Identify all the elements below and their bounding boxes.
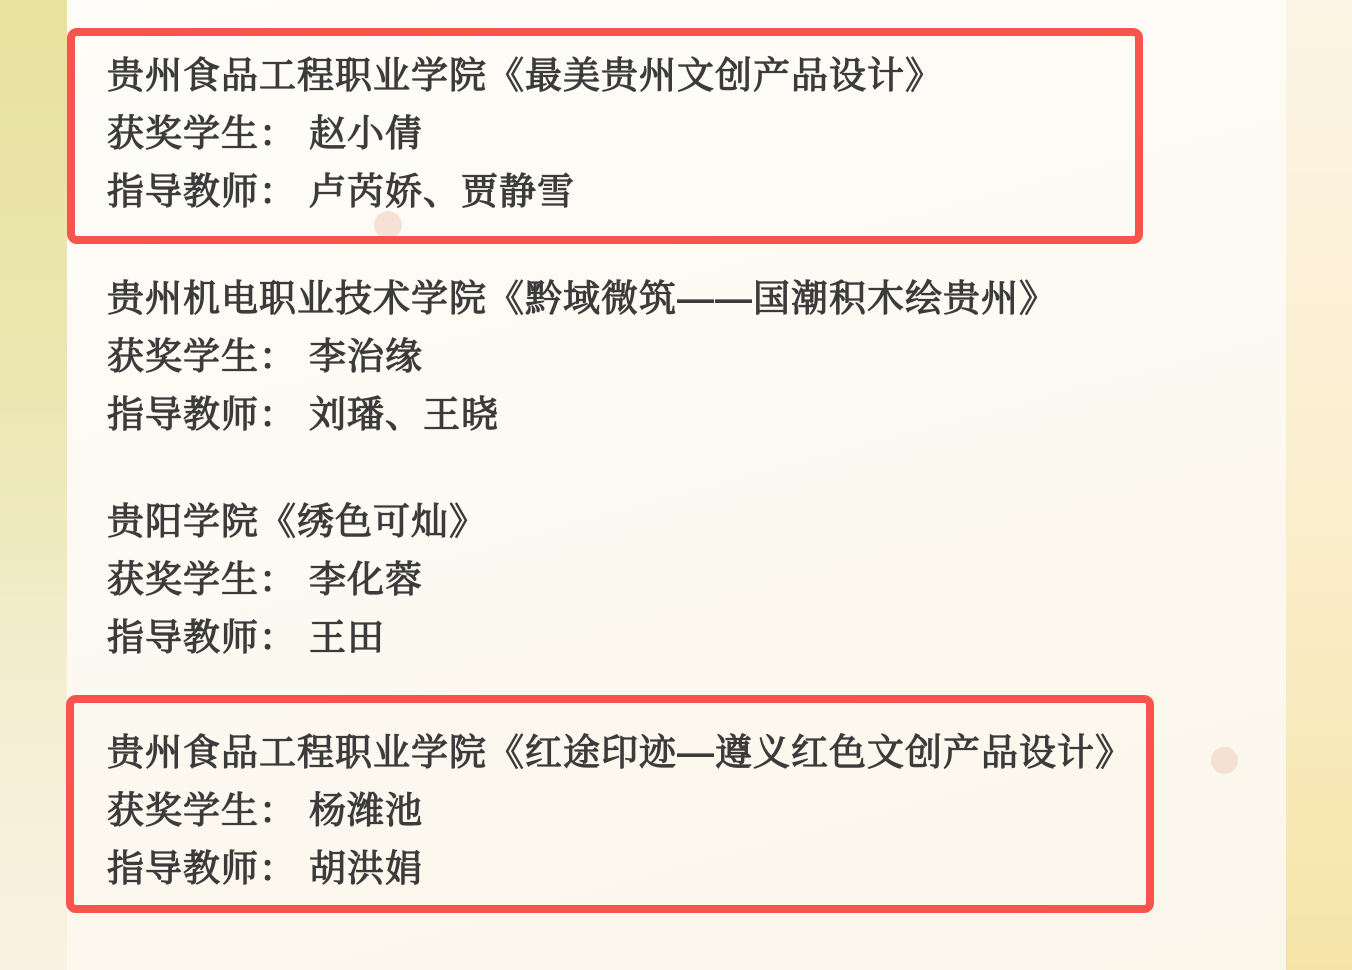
student-label: 获奖学生： [107, 790, 297, 831]
entry-student-line: 获奖学生：李化蓉 [107, 551, 1272, 609]
teacher-names: 胡洪娟 [309, 848, 423, 889]
student-label: 获奖学生： [107, 113, 297, 154]
entry-title: 贵州食品工程职业学院《最美贵州文创产品设计》 [107, 47, 1272, 105]
teacher-label: 指导教师： [107, 171, 297, 212]
right-gradient-strip [1286, 0, 1352, 970]
student-name: 李治缘 [309, 336, 423, 377]
student-name: 杨潍池 [309, 790, 423, 831]
student-name: 李化蓉 [309, 559, 423, 600]
teacher-names: 王田 [309, 617, 385, 658]
entry-student-line: 获奖学生：赵小倩 [107, 105, 1272, 163]
entry-teacher-line: 指导教师：刘璠、王晓 [107, 386, 1272, 444]
entry-student-line: 获奖学生：杨潍池 [107, 782, 1272, 840]
student-label: 获奖学生： [107, 559, 297, 600]
student-name: 赵小倩 [309, 113, 423, 154]
entry-teacher-line: 指导教师：卢芮娇、贾静雪 [107, 163, 1272, 221]
entry-title: 贵州机电职业技术学院《黔域微筑——国潮积木绘贵州》 [107, 270, 1272, 328]
entry-title: 贵阳学院《绣色可灿》 [107, 493, 1272, 551]
entry-teacher-line: 指导教师：胡洪娟 [107, 840, 1272, 898]
teacher-label: 指导教师： [107, 848, 297, 889]
teacher-label: 指导教师： [107, 617, 297, 658]
award-entry-4: 贵州食品工程职业学院《红途印迹—遵义红色文创产品设计》 获奖学生：杨潍池 指导教… [107, 724, 1272, 898]
teacher-label: 指导教师： [107, 394, 297, 435]
teacher-names: 刘璠、王晓 [309, 394, 499, 435]
entry-student-line: 获奖学生：李治缘 [107, 328, 1272, 386]
award-entry-3: 贵阳学院《绣色可灿》 获奖学生：李化蓉 指导教师：王田 [107, 493, 1272, 667]
entry-teacher-line: 指导教师：王田 [107, 609, 1272, 667]
entry-title: 贵州食品工程职业学院《红途印迹—遵义红色文创产品设计》 [107, 724, 1272, 782]
teacher-names: 卢芮娇、贾静雪 [309, 171, 575, 212]
award-entry-1: 贵州食品工程职业学院《最美贵州文创产品设计》 获奖学生：赵小倩 指导教师：卢芮娇… [107, 47, 1272, 221]
award-entry-2: 贵州机电职业技术学院《黔域微筑——国潮积木绘贵州》 获奖学生：李治缘 指导教师：… [107, 270, 1272, 444]
student-label: 获奖学生： [107, 336, 297, 377]
left-gradient-strip [0, 0, 67, 970]
